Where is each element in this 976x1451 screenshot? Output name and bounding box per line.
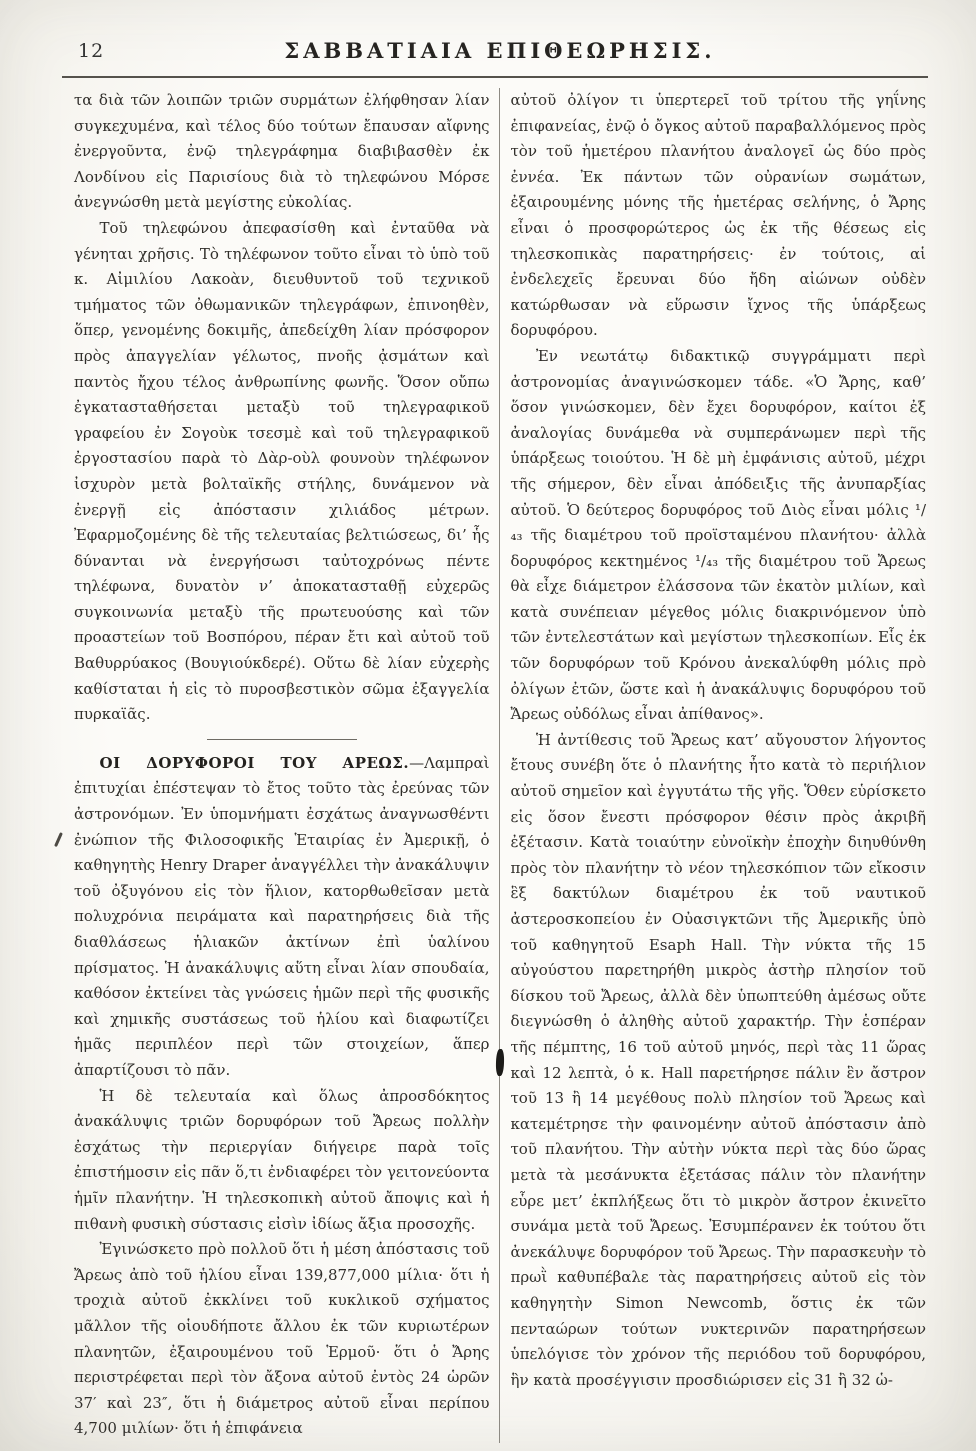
masthead: 12 ΣΑΒΒΑΤΙΑΙΑ ΕΠΙΘΕΩΡΗΣΙΣ. <box>76 38 924 74</box>
header-rule <box>62 76 928 78</box>
text-columns: τα διὰ τῶν λοιπῶν τριῶν συρμάτων ἐλήφθησ… <box>74 88 926 1443</box>
left-column: τα διὰ τῶν λοιπῶν τριῶν συρμάτων ἐλήφθησ… <box>74 88 499 1443</box>
paragraph-mars-facts: Ἐγινώσκετο πρὸ πολλοῦ ὅτι ἡ μέση ἀπόστασ… <box>74 1237 490 1442</box>
scanned-page: 12 ΣΑΒΒΑΤΙΑΙΑ ΕΠΙΘΕΩΡΗΣΙΣ. τα διὰ τῶν λο… <box>0 0 976 1451</box>
section-heading: ΟΙ ΔΟΡΥΦΟΡΟΙ ΤΟΥ ΑΡΕΩΣ. <box>100 754 410 772</box>
paragraph-section-opening: ΟΙ ΔΟΡΥΦΟΡΟΙ ΤΟΥ ΑΡΕΩΣ.—Λαμπραὶ ἐπιτυχία… <box>74 751 490 1084</box>
section-opening-text: —Λαμπραὶ ἐπιτυχίαι ἐπέστεψαν τὸ ἔτος τοῦ… <box>74 754 490 1079</box>
right-column: αὐτοῦ ὀλίγον τι ὑπερτερεῖ τοῦ τρίτου τῆς… <box>499 88 927 1443</box>
margin-mark <box>54 832 62 847</box>
section-divider <box>207 739 357 740</box>
paragraph-discovery: Ἡ δὲ τελευταία καὶ ὅλως ἀπροσδόκητος ἀνα… <box>74 1084 490 1238</box>
paragraph-continuation: τα διὰ τῶν λοιπῶν τριῶν συρμάτων ἐλήφθησ… <box>74 88 490 216</box>
page-number: 12 <box>78 40 104 62</box>
paragraph-mars-surface: αὐτοῦ ὀλίγον τι ὑπερτερεῖ τοῦ τρίτου τῆς… <box>511 88 927 344</box>
page-title: ΣΑΒΒΑΤΙΑΙΑ ΕΠΙΘΕΩΡΗΣΙΣ. <box>76 38 924 63</box>
paragraph-textbook-quote: Ἐν νεωτάτῳ διδακτικῷ συγγράμματι περὶ ἀσ… <box>511 344 927 728</box>
paragraph-hall-observations: Ἡ ἀντίθεσις τοῦ Ἄρεως κατ’ αὔγουστον λήγ… <box>511 728 927 1393</box>
paragraph-telephone: Τοῦ τηλεφώνου ἀπεφασίσθη καὶ ἐνταῦθα νὰ … <box>74 216 490 728</box>
